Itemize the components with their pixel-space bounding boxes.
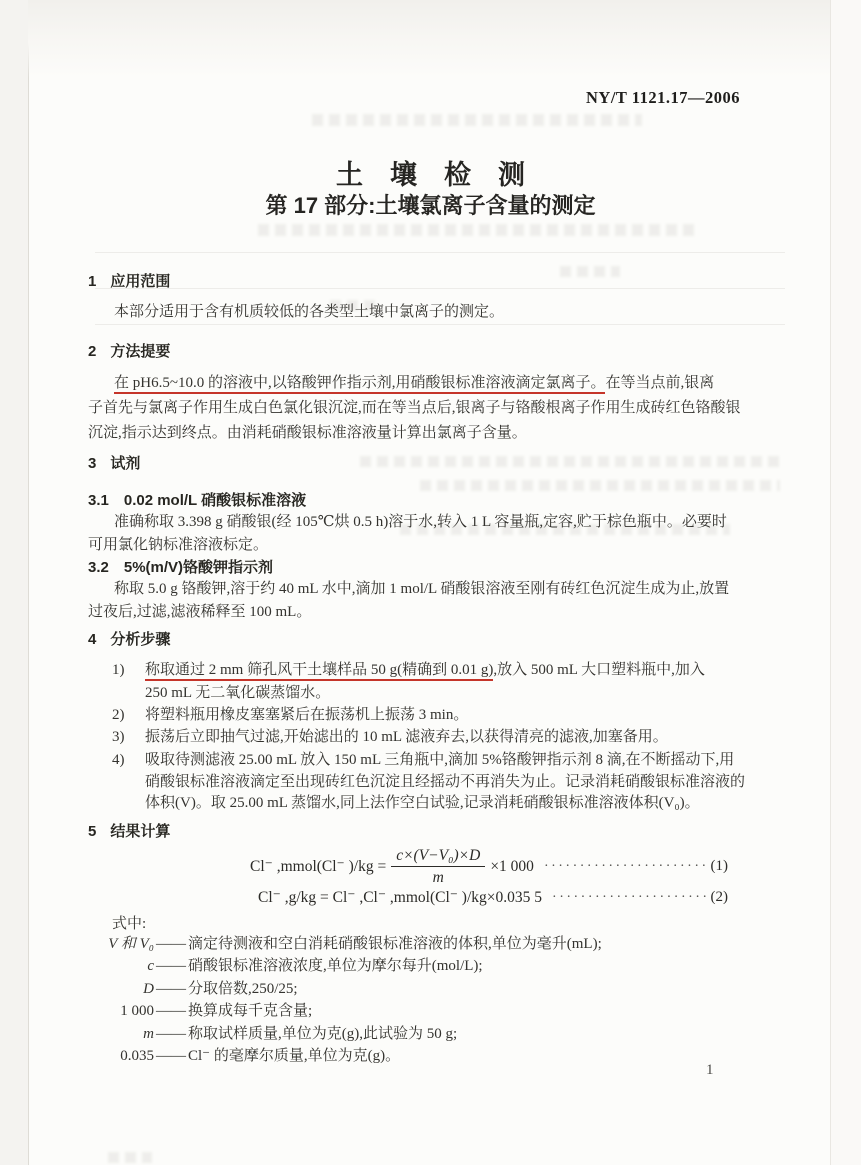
- formula-1: Cl⁻ ,mmol(Cl⁻ )/kg = c×(V−V₀)×D m ×1 000…: [250, 846, 728, 887]
- step-1-line-1-rest: ,放入 500 mL 大口塑料瓶中,加入: [493, 662, 705, 678]
- step-1-line-1: 1)称取通过 2 mm 筛孔风干土壤样品 50 g(精确到 0.01 g),放入…: [112, 659, 705, 681]
- red-underlined-text: 称取通过 2 mm 筛孔风干土壤样品 50 g(精确到 0.01 g): [145, 662, 493, 681]
- section-2-heading: 2方法提要: [88, 340, 170, 361]
- formula-2: Cl⁻ ,g/kg = Cl⁻ ,Cl⁻ ,mmol(Cl⁻ )/kg×0.03…: [258, 888, 728, 907]
- section-2-title: 方法提要: [110, 343, 170, 360]
- section-1-heading: 1应用范围: [88, 270, 170, 291]
- definition-symbol: 0.035: [88, 1045, 154, 1067]
- section-3-1-line-1: 准确称取 3.398 g 硝酸银(经 105℃烘 0.5 h)溶于水,转入 1 …: [88, 511, 727, 533]
- definition-symbol: D: [88, 978, 154, 1000]
- formula-1-multiplier: ×1 000: [490, 858, 534, 876]
- section-3-number: 3: [88, 455, 96, 472]
- definition-text: 称取试样质量,单位为克(g),此试验为 50 g;: [188, 1023, 457, 1045]
- step-1-line-2: 250 mL 无二氧化碳蒸馏水。: [145, 682, 330, 704]
- document-subtitle: 第 17 部分:土壤氯离子含量的测定: [0, 189, 861, 220]
- definition-text: 换算成每千克含量;: [188, 1000, 312, 1022]
- section-3-1-heading: 3.1 0.02 mol/L 硝酸银标准溶液: [88, 489, 306, 510]
- bleedthrough-rule: [95, 252, 785, 253]
- section-2-number: 2: [88, 343, 96, 360]
- standard-number: NY/T 1121.17—2006: [586, 88, 740, 108]
- formula-1-denominator: m: [433, 867, 444, 887]
- formula-1-lhs: Cl⁻ ,mmol(Cl⁻ )/kg =: [250, 857, 386, 876]
- step-2-text: 将塑料瓶用橡皮塞塞紧后在振荡机上振荡 3 min。: [145, 707, 468, 723]
- step-4-number: 4): [112, 749, 145, 771]
- section-2-line-1: 在 pH6.5~10.0 的溶液中,以铬酸钾作指示剂,用硝酸银标准溶液滴定氯离子…: [88, 372, 714, 394]
- where-label: 式中:: [112, 913, 146, 935]
- section-5-title: 结果计算: [110, 823, 170, 840]
- definition-row: m —— 称取试样质量,单位为克(g),此试验为 50 g;: [88, 1023, 794, 1045]
- page-number: 1: [706, 1062, 714, 1079]
- bleedthrough-artifact: [108, 1152, 152, 1163]
- definition-row: V 和 V₀ —— 滴定待测液和空白消耗硝酸银标准溶液的体积,单位为毫升(mL)…: [88, 933, 794, 955]
- definition-row: D —— 分取倍数,250/25;: [88, 978, 794, 1000]
- definition-dash: ——: [156, 933, 186, 955]
- step-4-line-2: 硝酸银标准溶液滴定至出现砖红色沉淀且经摇动不再消失为止。记录消耗硝酸银标准溶液的: [145, 771, 745, 793]
- section-2-line-1-rest: 在等当点前,银离: [605, 375, 714, 391]
- section-1-title: 应用范围: [110, 273, 170, 290]
- section-2-line-2: 子首先与氯离子作用生成白色氯化银沉淀,而在等当点后,银离子与铬酸根离子作用生成砖…: [88, 397, 741, 419]
- section-3-1-line-2: 可用氯化钠标准溶液标定。: [88, 534, 268, 556]
- step-1-number: 1): [112, 659, 145, 681]
- step-4-line-3: 体积(V)。取 25.00 mL 蒸馏水,同上法作空白试验,记录消耗硝酸银标准溶…: [145, 792, 700, 814]
- section-3-heading: 3试剂: [88, 452, 140, 473]
- formula-1-label: (1): [711, 858, 729, 875]
- step-3-number: 3): [112, 726, 145, 748]
- section-4-title: 分析步骤: [110, 631, 170, 648]
- definition-symbol: m: [88, 1023, 154, 1045]
- section-5-heading: 5结果计算: [88, 820, 170, 841]
- definition-symbol: 1 000: [88, 1000, 154, 1022]
- section-3-2-line-1: 称取 5.0 g 铬酸钾,溶于约 40 mL 水中,滴加 1 mol/L 硝酸银…: [88, 578, 729, 600]
- definition-dash: ——: [156, 955, 186, 977]
- definition-text: 滴定待测液和空白消耗硝酸银标准溶液的体积,单位为毫升(mL);: [188, 933, 602, 955]
- section-1-body: 本部分适用于含有机质较低的各类型土壤中氯离子的测定。: [88, 301, 504, 323]
- definition-text: 硝酸银标准溶液浓度,单位为摩尔每升(mol/L);: [188, 955, 483, 977]
- scan-top-shading: [28, 0, 861, 78]
- section-3-2-line-2: 过夜后,过滤,滤液稀释至 100 mL。: [88, 601, 311, 623]
- step-4-line-1: 4)吸取待测滤液 25.00 mL 放入 150 mL 三角瓶中,滴加 5%铬酸…: [112, 749, 734, 771]
- symbol-definitions: V 和 V₀ —— 滴定待测液和空白消耗硝酸银标准溶液的体积,单位为毫升(mL)…: [88, 933, 794, 1067]
- formula-2-body: Cl⁻ ,g/kg = Cl⁻ ,Cl⁻ ,mmol(Cl⁻ )/kg×0.03…: [258, 888, 542, 907]
- red-underlined-text: 在 pH6.5~10.0 的溶液中,以铬酸钾作指示剂,用硝酸银标准溶液滴定氯离子…: [114, 375, 605, 394]
- bleedthrough-artifact: [420, 480, 780, 491]
- bleedthrough-artifact: [312, 114, 642, 126]
- definition-text: 分取倍数,250/25;: [188, 978, 298, 1000]
- document-title: 土 壤 检 测: [0, 153, 861, 192]
- definition-symbol: V 和 V₀: [88, 933, 154, 955]
- definition-dash: ——: [156, 978, 186, 1000]
- definition-dash: ——: [156, 1023, 186, 1045]
- definition-text: Cl⁻ 的毫摩尔质量,单位为克(g)。: [188, 1045, 400, 1067]
- definition-symbol: c: [88, 955, 154, 977]
- bleedthrough-rule: [95, 288, 785, 289]
- definition-row: 0.035 —— Cl⁻ 的毫摩尔质量,单位为克(g)。: [88, 1045, 794, 1067]
- formula-1-fraction: c×(V−V₀)×D m: [391, 846, 485, 887]
- bleedthrough-artifact: [360, 456, 780, 467]
- bleedthrough-rule: [95, 324, 785, 325]
- section-3-title: 试剂: [110, 455, 140, 472]
- formula-1-dot-leader: ········································: [544, 859, 707, 875]
- section-1-number: 1: [88, 273, 96, 290]
- section-4-heading: 4分析步骤: [88, 628, 170, 649]
- step-2-number: 2): [112, 704, 145, 726]
- step-2: 2)将塑料瓶用橡皮塞塞紧后在振荡机上振荡 3 min。: [112, 704, 468, 726]
- step-4-line-1-text: 吸取待测滤液 25.00 mL 放入 150 mL 三角瓶中,滴加 5%铬酸钾指…: [145, 752, 734, 768]
- scanned-document-page: NY/T 1121.17—2006 土 壤 检 测 第 17 部分:土壤氯离子含…: [0, 0, 861, 1165]
- step-3-text: 振荡后立即抽气过滤,开始滤出的 10 mL 滤液弃去,以获得清亮的滤液,加塞备用…: [145, 729, 668, 745]
- definition-row: c —— 硝酸银标准溶液浓度,单位为摩尔每升(mol/L);: [88, 955, 794, 977]
- formula-2-label: (2): [711, 889, 729, 906]
- definition-row: 1 000 —— 换算成每千克含量;: [88, 1000, 794, 1022]
- step-3: 3)振荡后立即抽气过滤,开始滤出的 10 mL 滤液弃去,以获得清亮的滤液,加塞…: [112, 726, 668, 748]
- section-2-line-3: 沉淀,指示达到终点。由消耗硝酸银标准溶液量计算出氯离子含量。: [88, 422, 527, 444]
- section-3-2-heading: 3.2 5%(m/V)铬酸钾指示剂: [88, 556, 273, 577]
- section-5-number: 5: [88, 823, 96, 840]
- definition-dash: ——: [156, 1045, 186, 1067]
- bleedthrough-artifact: [258, 224, 698, 236]
- formula-1-numerator: c×(V−V₀)×D: [391, 846, 485, 867]
- formula-2-dot-leader: ········································: [552, 890, 706, 906]
- section-4-number: 4: [88, 631, 96, 648]
- definition-dash: ——: [156, 1000, 186, 1022]
- bleedthrough-artifact: [560, 266, 620, 277]
